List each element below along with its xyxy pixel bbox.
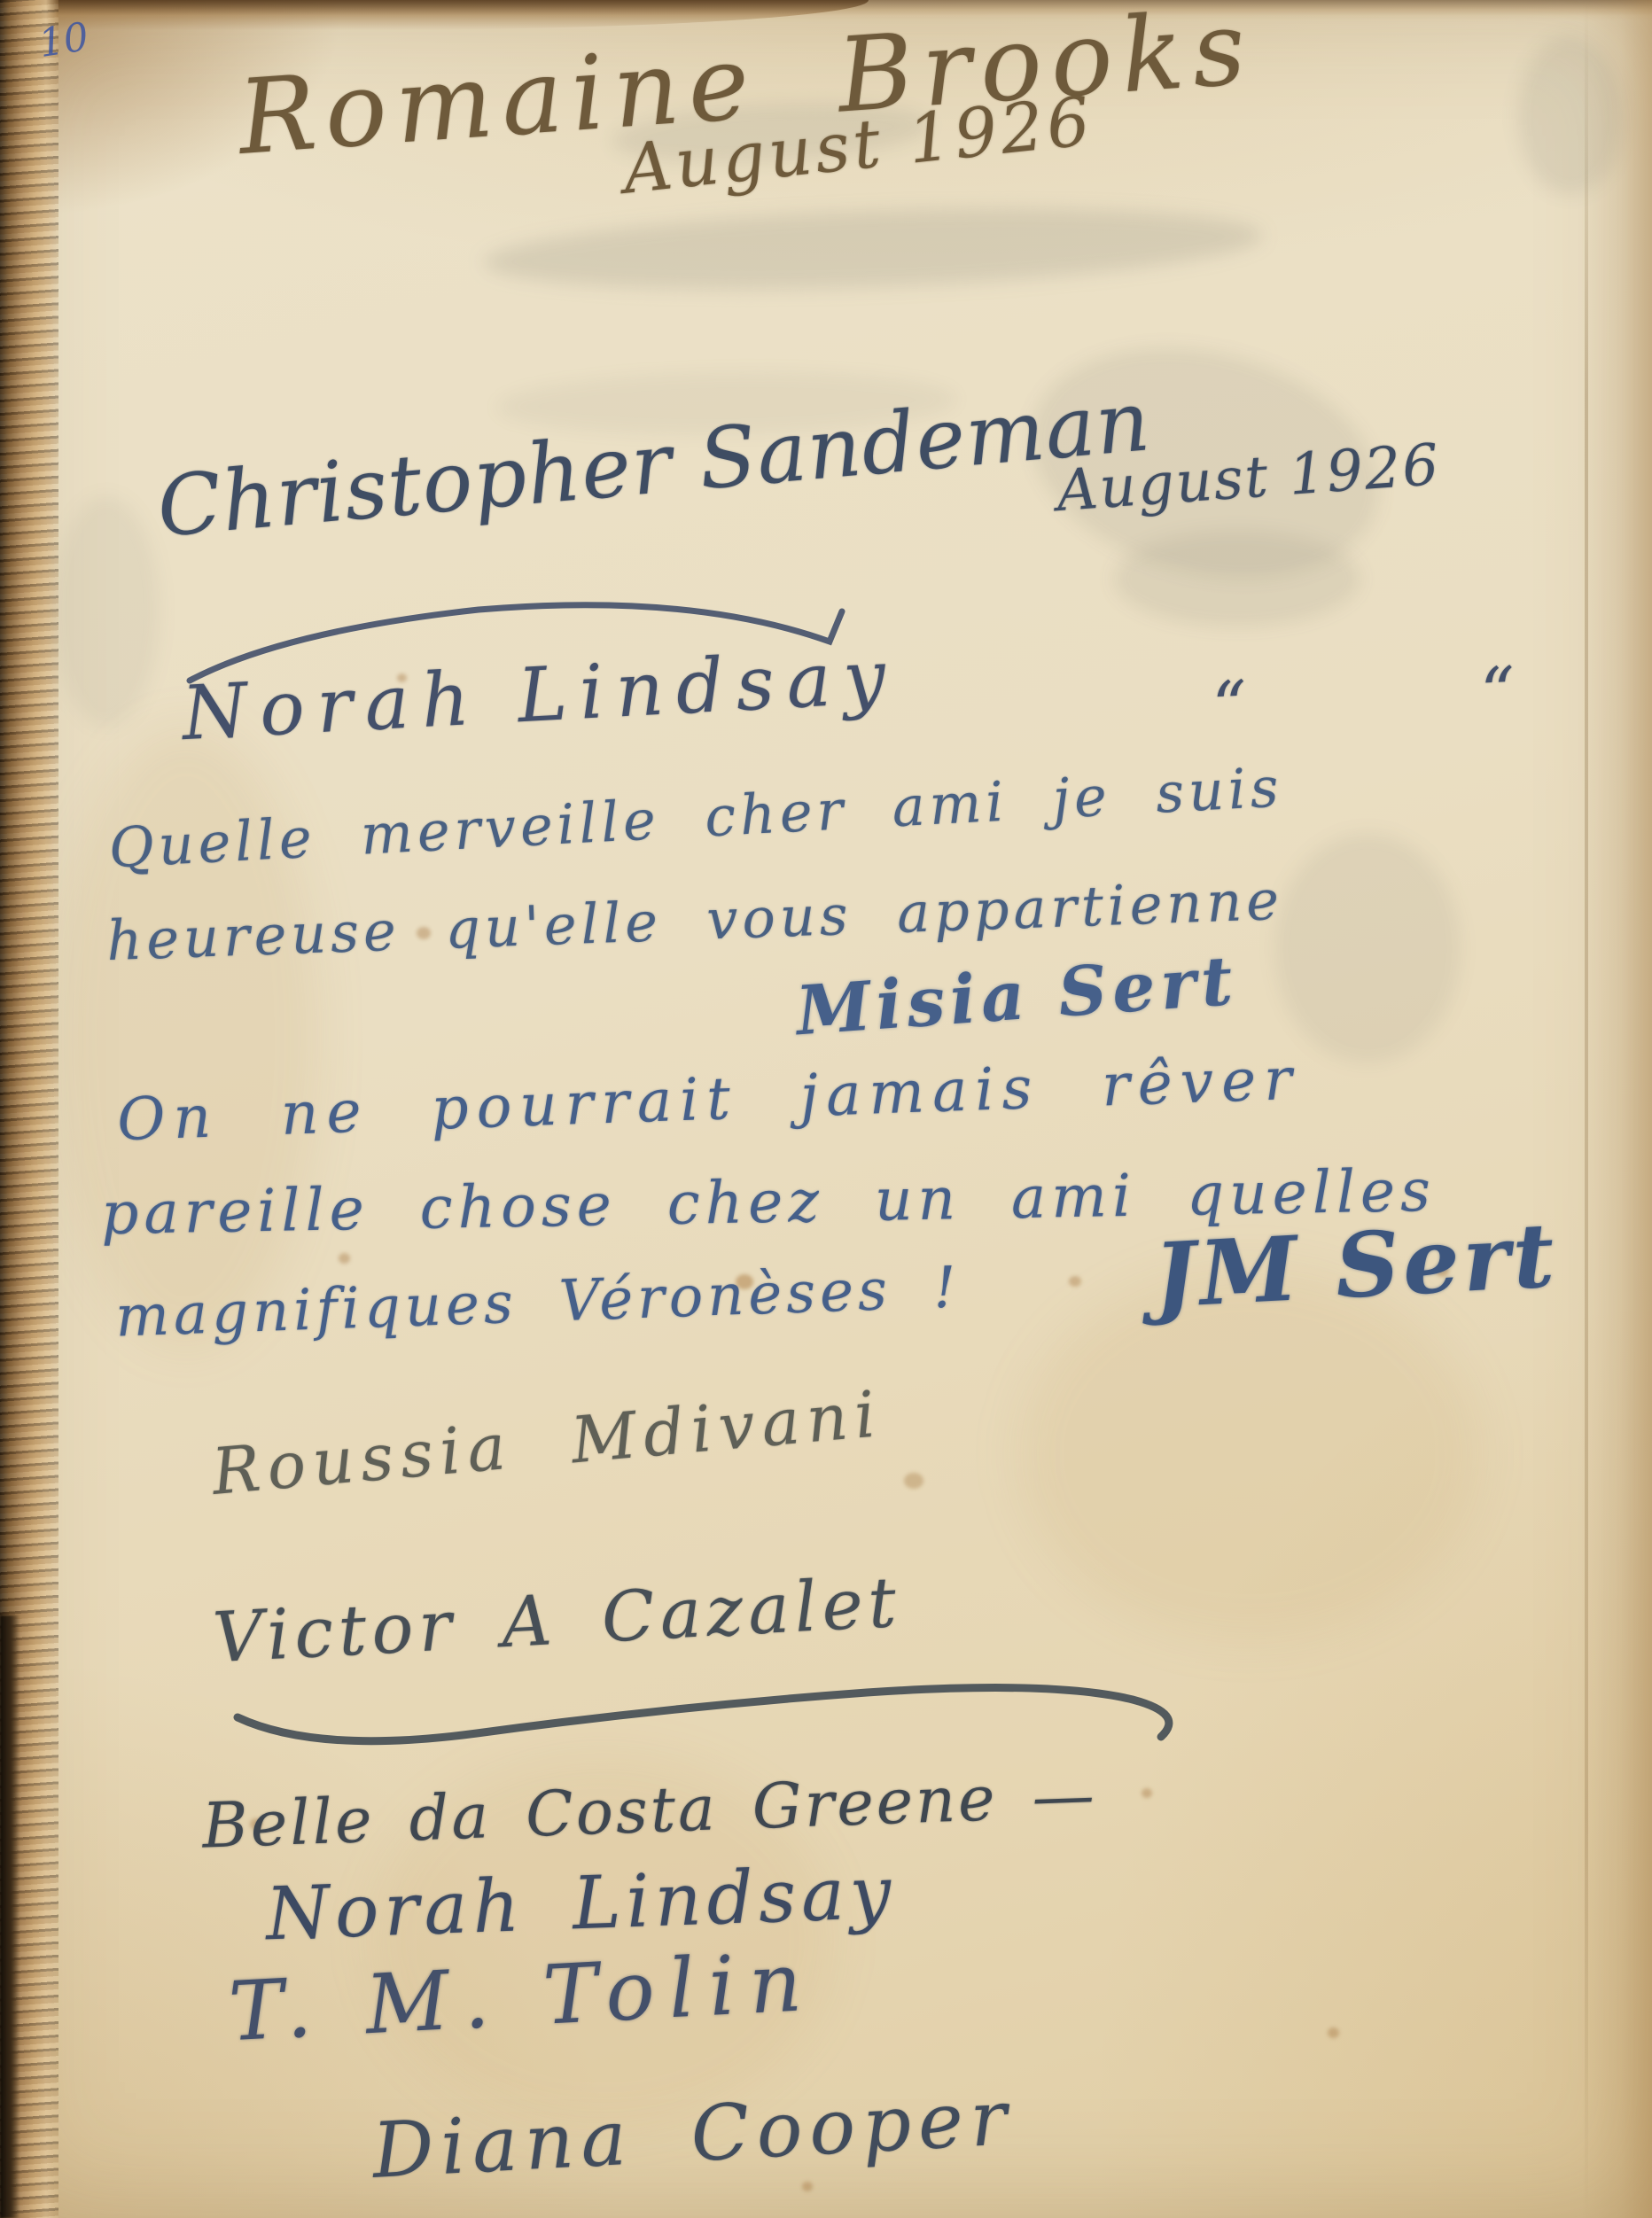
signature-roussia-mdivani: Roussia Mdivani xyxy=(209,1381,884,1504)
signature-misia-sert: Misia Sert xyxy=(794,947,1240,1046)
inscription-misia-line1: Quelle merveille cher ami je suis xyxy=(107,759,1284,876)
signature-diana-cooper: Diana Cooper xyxy=(370,2080,1016,2190)
page-right-edge xyxy=(1581,0,1652,2218)
foxing-spot xyxy=(802,2182,813,2191)
ditto-marks: “ “ xyxy=(1211,652,1623,741)
page-crease xyxy=(1585,0,1588,2218)
ink-smudge xyxy=(53,496,160,727)
guest-book-page: 10 Romaine Brooks August 1926 Christophe… xyxy=(0,0,1652,2218)
signature-greene: Belle da Costa Greene — xyxy=(201,1763,1098,1856)
signature-jm-sert: JM Sert xyxy=(1152,1210,1560,1320)
ink-smudge xyxy=(1517,35,1624,195)
ink-smudge xyxy=(1274,833,1461,1063)
foxing-spot xyxy=(1069,1276,1081,1287)
foxing-spot xyxy=(1328,2027,1339,2038)
binding-shadow xyxy=(0,1615,19,2218)
signature-norah-lindsay-top: Norah Lindsay xyxy=(180,639,900,751)
page-number: 10 xyxy=(36,18,91,64)
ink-smudge xyxy=(1113,530,1361,627)
ink-smudge xyxy=(482,198,1264,301)
foxing-spot xyxy=(339,1253,350,1264)
signature-victor-cazalet: Victor A Cazalet xyxy=(211,1568,902,1674)
foxing-spot xyxy=(904,1473,923,1489)
foxing-spot xyxy=(1142,1788,1152,1798)
